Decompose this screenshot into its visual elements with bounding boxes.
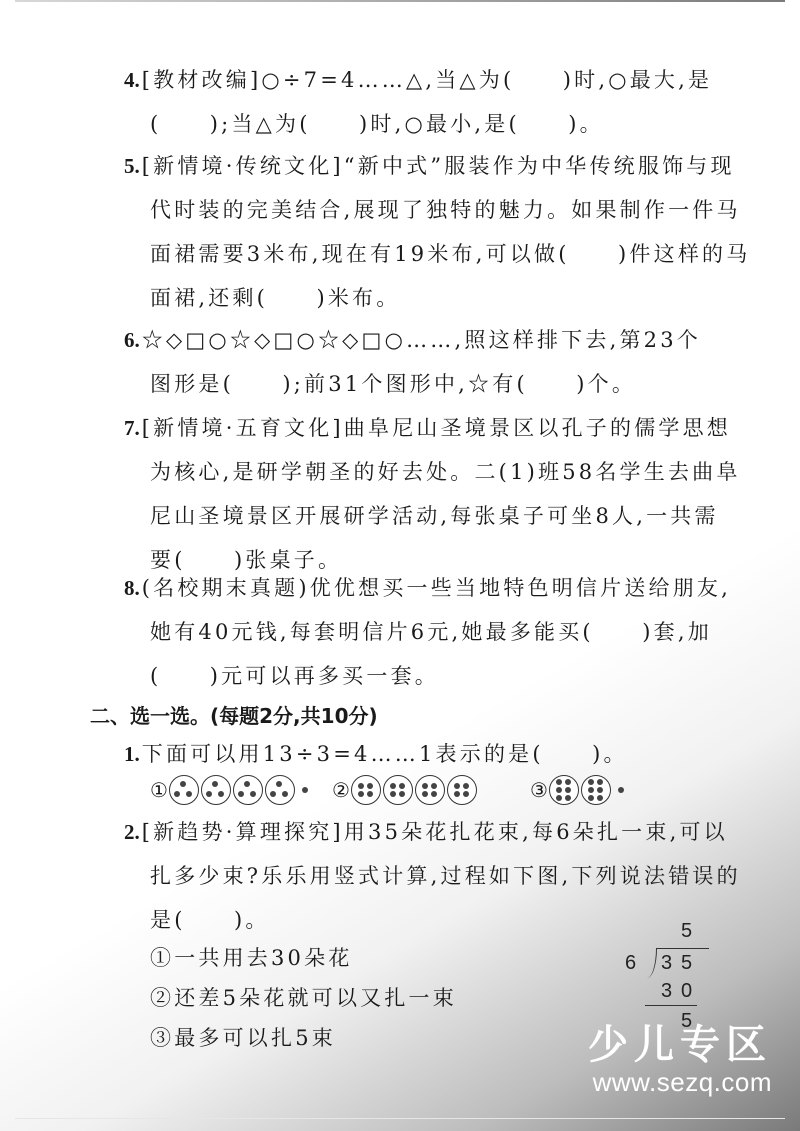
choice-question-2-line-2: 扎多少束?乐乐用竖式计算,过程如下图,下列说法错误的 [150, 862, 741, 890]
dot-group-icon [415, 775, 445, 805]
option-label: ① [150, 778, 168, 802]
watermark-brand: 少儿专区 [588, 1023, 772, 1067]
question-text: 尼山圣境景区开展研学活动,每张桌子可坐8人,一共需 [150, 504, 719, 528]
question-number: 4. [124, 68, 140, 92]
loose-dot-icon [618, 787, 624, 793]
dot-group-icon [169, 775, 199, 805]
question-text: (名校期末真题)优优想买一些当地特色明信片送给朋友, [142, 576, 731, 600]
question-text: ( )元可以再多买一套。 [150, 664, 439, 688]
question-7-line-4: 要( )张桌子。 [150, 546, 342, 574]
question-text: 面裙需要3米布,现在有19米布,可以做( )件这样的马 [150, 242, 750, 266]
question-text: [新趋势·算理探究]用35朵花扎花束,每6朵扎一束,可以 [142, 820, 728, 844]
watermark: 少儿专区 www.sezq.com [588, 1023, 772, 1097]
dot-group-icon [549, 775, 579, 805]
choice-question-2-line-3: 是( )。 [150, 906, 270, 934]
question-text: 代时装的完美结合,展现了独特的魅力。如果制作一件马 [150, 198, 741, 222]
quotient: 5 [681, 920, 692, 943]
question-7-line-1: 7.[新情境·五育文化]曲阜尼山圣境景区以孔子的儒学思想 [124, 414, 731, 442]
question-text: 面裙,还剩( )米布。 [150, 286, 400, 310]
question-7-line-3: 尼山圣境景区开展研学活动,每张桌子可坐8人,一共需 [150, 502, 719, 530]
question-6-line-1: 6.☆◇□○☆◇□○☆◇□○……,照这样排下去,第23个 [124, 326, 701, 354]
question-7-line-2: 为核心,是研学朝圣的好去处。二(1)班58名学生去曲阜 [150, 458, 741, 486]
question-number: 2. [124, 820, 140, 844]
question-text: [新情境·传统文化]“新中式”服装作为中华传统服饰与现 [142, 154, 735, 178]
option-label: ③ [530, 778, 548, 802]
question-text: ☆◇□○☆◇□○☆◇□○……,照这样排下去,第23个 [142, 328, 701, 352]
question-text: 下面可以用13÷3=4……1表示的是( )。 [142, 742, 628, 766]
question-text: 图形是( );前31个图形中,☆有( )个。 [150, 372, 636, 396]
dot-group-icon [201, 775, 231, 805]
question-number: 6. [124, 328, 140, 352]
question-4-line-2: ( );当△为( )时,○最小,是( )。 [150, 110, 604, 138]
question-text: [新情境·五育文化]曲阜尼山圣境景区以孔子的儒学思想 [142, 416, 731, 440]
dot-group-icon [581, 775, 611, 805]
question-8-line-1: 8.(名校期末真题)优优想买一些当地特色明信片送给朋友, [124, 574, 731, 602]
question-8-line-3: ( )元可以再多买一套。 [150, 662, 439, 690]
question-5-line-3: 面裙需要3米布,现在有19米布,可以做( )件这样的马 [150, 240, 750, 268]
question-text: 她有40元钱,每套明信片6元,她最多能买( )套,加 [150, 620, 712, 644]
option-3-dot-groups[interactable]: ③ [530, 772, 624, 808]
dot-group-icon [265, 775, 295, 805]
choice-question-2-line-1: 2.[新趋势·算理探究]用35朵花扎花束,每6朵扎一束,可以 [124, 818, 728, 846]
question-number: 7. [124, 416, 140, 440]
dot-group-icon [383, 775, 413, 805]
question-number: 8. [124, 576, 140, 600]
question-8-line-2: 她有40元钱,每套明信片6元,她最多能买( )套,加 [150, 618, 712, 646]
subtraction-bar [645, 1005, 697, 1006]
division-bar [657, 948, 709, 949]
choice-option-2[interactable]: ②还差5朵花就可以又扎一束 [150, 984, 457, 1012]
question-4-line-1: 4.[教材改编]○÷7=4……△,当△为( )时,○最大,是 [124, 66, 712, 94]
choice-question-1: 1.下面可以用13÷3=4……1表示的是( )。 [124, 740, 628, 768]
option-1-dot-groups[interactable]: ① [150, 772, 308, 808]
question-text: [教材改编]○÷7=4……△,当△为( )时,○最大,是 [142, 68, 712, 92]
division-bracket [647, 948, 657, 978]
divisor: 6 [625, 952, 636, 975]
dot-group-icon [447, 775, 477, 805]
question-text: 是( )。 [150, 908, 270, 932]
product-digit: 3 [661, 980, 672, 1003]
question-number: 5. [124, 154, 140, 178]
bottom-rule [15, 1118, 785, 1119]
question-text: 为核心,是研学朝圣的好去处。二(1)班58名学生去曲阜 [150, 460, 741, 484]
question-5-line-1: 5.[新情境·传统文化]“新中式”服装作为中华传统服饰与现 [124, 152, 735, 180]
product-digit: 0 [681, 980, 692, 1003]
option-2-dot-groups[interactable]: ② [332, 772, 479, 808]
question-5-line-4: 面裙,还剩( )米布。 [150, 284, 400, 312]
question-5-line-2: 代时装的完美结合,展现了独特的魅力。如果制作一件马 [150, 196, 741, 224]
question-text: 扎多少束?乐乐用竖式计算,过程如下图,下列说法错误的 [150, 864, 741, 888]
loose-dot-icon [302, 787, 308, 793]
dividend-digit: 5 [681, 952, 692, 975]
option-label: ② [332, 778, 350, 802]
dividend-digit: 3 [661, 952, 672, 975]
choice-option-3[interactable]: ③最多可以扎5束 [150, 1024, 336, 1052]
dot-group-icon [351, 775, 381, 805]
top-rule [15, 0, 785, 2]
long-division-figure: 5 6 3 5 3 0 5 [615, 918, 705, 1038]
section-2-title: 二、选一选。(每题2分,共10分) [90, 702, 378, 730]
question-6-line-2: 图形是( );前31个图形中,☆有( )个。 [150, 370, 636, 398]
question-text: ( );当△为( )时,○最小,是( )。 [150, 112, 604, 136]
choice-option-1[interactable]: ①一共用去30朵花 [150, 944, 353, 972]
question-text: 要( )张桌子。 [150, 548, 342, 572]
question-number: 1. [124, 742, 140, 766]
watermark-url: www.sezq.com [588, 1067, 772, 1097]
dot-group-icon [233, 775, 263, 805]
